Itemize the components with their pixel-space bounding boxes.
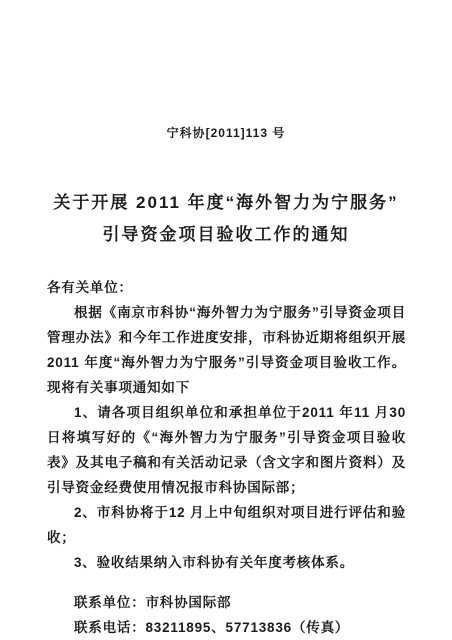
paragraph-item-3: 3、验收结果纳入市科协有关年度考核体系。 [47,550,406,575]
document-body: 各有关单位： 根据《南京市科协“海外智力为宁服务”引导资金项目管理办法》和今年工… [47,275,406,640]
paragraph-intro: 根据《南京市科协“海外智力为宁服务”引导资金项目管理办法》和今年工作进度安排，市… [47,300,406,400]
contact-block: 联系单位：市科协国际部 联系电话：83211895、57713836（传真） [47,590,406,640]
title-line-1: 关于开展 2011 年度“海外智力为宁服务” [20,187,432,219]
contact-phone: 联系电话：83211895、57713836（传真） [47,615,406,640]
document-number: 宁科协[2011]113 号 [0,0,452,141]
paragraph-item-1: 1、请各项目组织单位和承担单位于2011 年11 月30 日将填写好的《“海外智… [47,400,406,500]
title-line-2: 引导资金项目验收工作的通知 [20,219,432,251]
page-number: 1 [0,599,452,609]
salutation: 各有关单位： [47,275,406,300]
paragraph-item-2: 2、市科协将于12 月上中旬组织对项目进行评估和验收； [47,500,406,550]
document-title: 关于开展 2011 年度“海外智力为宁服务” 引导资金项目验收工作的通知 [20,187,432,251]
document-page: 宁科协[2011]113 号 关于开展 2011 年度“海外智力为宁服务” 引导… [0,0,452,640]
